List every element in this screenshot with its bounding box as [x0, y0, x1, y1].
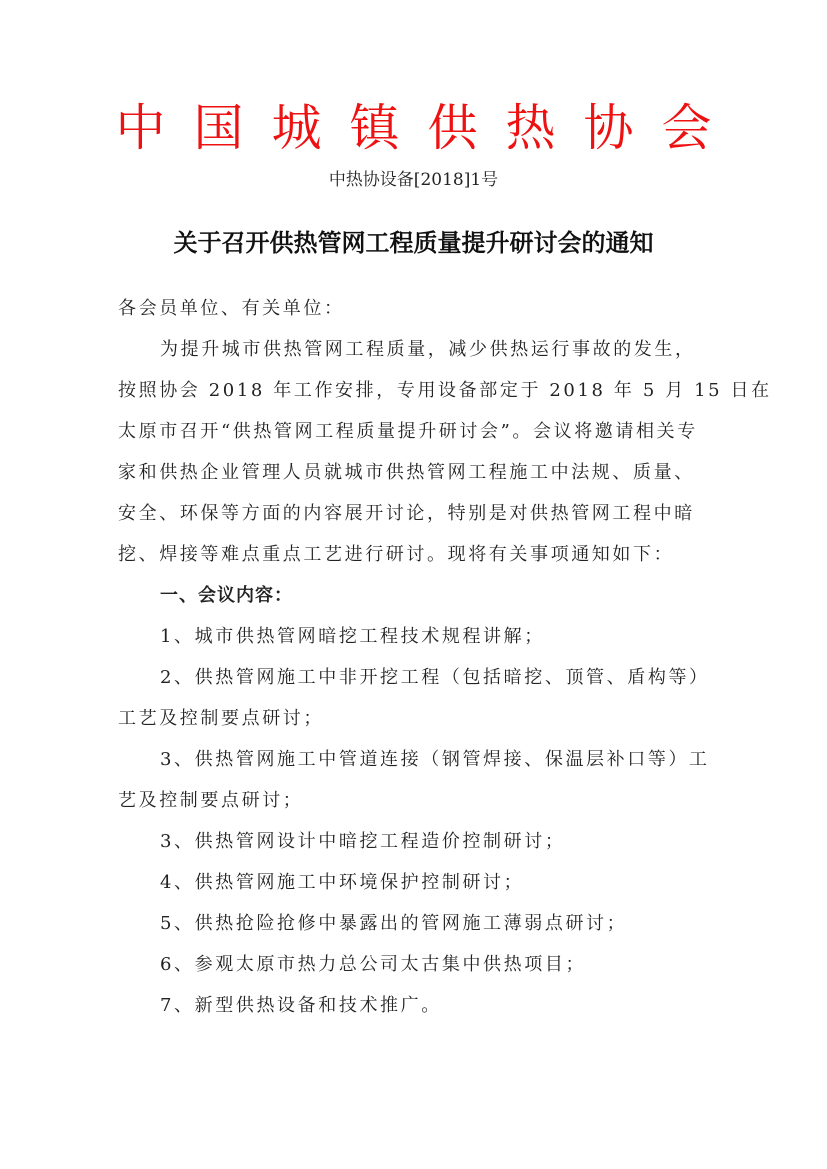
salutation: 各会员单位、有关单位： — [118, 288, 712, 329]
paragraph-line: 安全、环保等方面的内容展开讨论，特别是对供热管网工程中暗 — [118, 493, 712, 534]
list-item: 6、参观太原市热力总公司太古集中供热项目； — [118, 944, 712, 985]
paragraph-line: 按照协会 2018 年工作安排，专用设备部定于 2018 年 5 月 15 日在 — [118, 370, 712, 411]
masthead-org-name: 中国城镇供热协会 — [0, 96, 827, 160]
list-item: 7、新型供热设备和技术推广。 — [118, 985, 712, 1026]
document-page: 中国城镇供热协会 中热协设备[2018]1号 关于召开供热管网工程质量提升研讨会… — [0, 0, 827, 1169]
section-heading: 一、会议内容： — [118, 575, 712, 616]
paragraph-line: 为提升城市供热管网工程质量，减少供热运行事故的发生， — [118, 329, 712, 370]
list-item: 4、供热管网施工中环境保护控制研讨； — [118, 862, 712, 903]
document-title: 关于召开供热管网工程质量提升研讨会的通知 — [0, 226, 827, 260]
list-item: 1、城市供热管网暗挖工程技术规程讲解； — [118, 616, 712, 657]
paragraph-line: 家和供热企业管理人员就城市供热管网工程施工中法规、质量、 — [118, 452, 712, 493]
document-number: 中热协设备[2018]1号 — [0, 168, 827, 192]
list-item: 3、供热管网施工中管道连接（钢管焊接、保温层补口等）工 — [118, 739, 712, 780]
list-item: 3、供热管网设计中暗挖工程造价控制研讨； — [118, 821, 712, 862]
list-item-continuation: 艺及控制要点研讨； — [118, 780, 712, 821]
list-item: 2、供热管网施工中非开挖工程（包括暗挖、顶管、盾构等） — [118, 657, 712, 698]
paragraph-line: 太原市召开“供热管网工程质量提升研讨会”。会议将邀请相关专 — [118, 411, 712, 452]
document-body: 各会员单位、有关单位： 为提升城市供热管网工程质量，减少供热运行事故的发生， 按… — [118, 288, 712, 1026]
list-item-continuation: 工艺及控制要点研讨； — [118, 698, 712, 739]
list-item: 5、供热抢险抢修中暴露出的管网施工薄弱点研讨； — [118, 903, 712, 944]
paragraph-line: 挖、焊接等难点重点工艺进行研讨。现将有关事项通知如下： — [118, 534, 712, 575]
